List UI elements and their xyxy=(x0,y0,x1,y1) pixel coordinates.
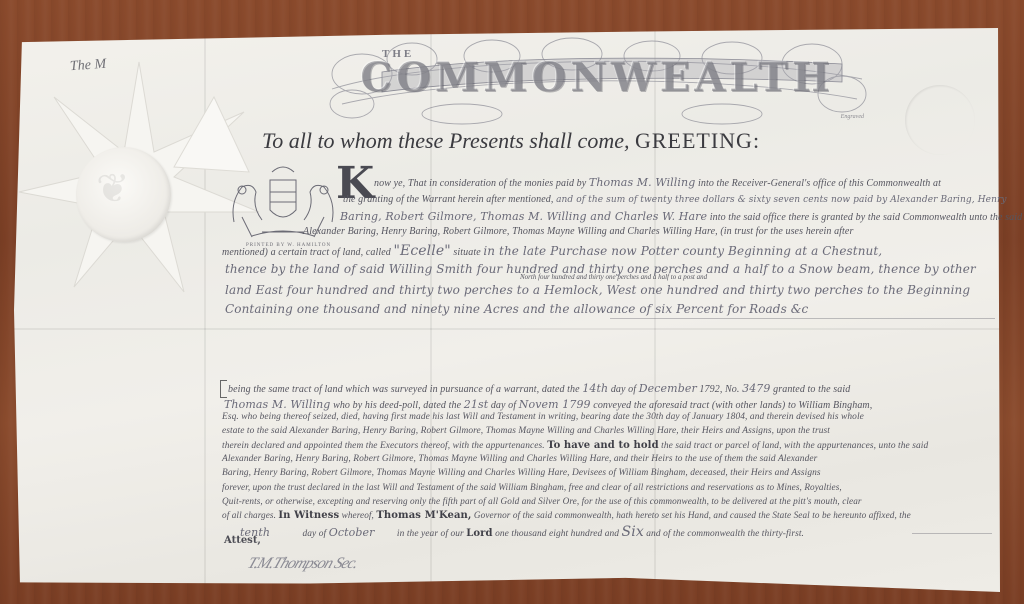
document-line: Quit-rents, or otherwise, excepting and … xyxy=(222,496,862,506)
document-line: now ye, That in consideration of the mon… xyxy=(374,176,941,189)
document-line: being the same tract of land which was s… xyxy=(228,382,850,395)
engraver-note: Engraved xyxy=(841,114,864,120)
banner-title: COMMONWEALTH xyxy=(322,54,872,101)
embossed-seal-disc: ❦ xyxy=(76,147,171,242)
document-line: forever, upon the trust declared in the … xyxy=(222,482,842,492)
document-line: tenth day of October in the year of our … xyxy=(240,524,804,540)
document-line: Alexander Baring, Henry Baring, Robert G… xyxy=(222,454,817,464)
document-line: Baring, Robert Gilmore, Thomas M. Willin… xyxy=(340,210,1022,223)
document-line: estate to the said Alexander Baring, Hen… xyxy=(222,426,830,436)
fill-line xyxy=(912,533,992,534)
title-banner: THE COMMONWEALTH Engraved xyxy=(322,34,872,126)
secretary-signature: T.M.Thompson Sec. xyxy=(245,555,360,573)
document-line: Esq. who being thereof seized, died, hav… xyxy=(222,412,864,422)
greeting-caps: GREETING: xyxy=(635,128,760,153)
document-line: mentioned) a certain tract of land, call… xyxy=(222,243,882,259)
attest-label: Attest, xyxy=(224,535,261,546)
bracket-mark xyxy=(220,380,227,398)
fill-line xyxy=(610,318,995,319)
document-line: of all charges. In Witness whereof, Thom… xyxy=(222,510,911,521)
document-line: Alexander Baring, Henry Baring, Robert G… xyxy=(303,226,853,237)
document-line: Thomas M. Willing who by his deed-poll, … xyxy=(224,398,872,411)
document-line: the granting of the Warrant herein after… xyxy=(343,194,1007,205)
coat-of-arms-emboss-icon: ❦ xyxy=(96,165,130,212)
fold-crease xyxy=(14,328,1000,330)
document-line: land East four hundred and thirty two pe… xyxy=(225,283,970,297)
greeting-text: To all to whom these Presents shall come… xyxy=(262,128,629,153)
greeting-heading: To all to whom these Presents shall come… xyxy=(262,128,760,154)
document-line: Containing one thousand and ninety nine … xyxy=(225,302,808,316)
interlined-correction: North four hundred and thirty one perche… xyxy=(520,273,707,281)
embossed-mark xyxy=(905,85,975,155)
document-line: therein declared and appointed them the … xyxy=(222,440,928,451)
document-line: Baring, Henry Baring, Robert Gilmore, Th… xyxy=(222,468,821,478)
